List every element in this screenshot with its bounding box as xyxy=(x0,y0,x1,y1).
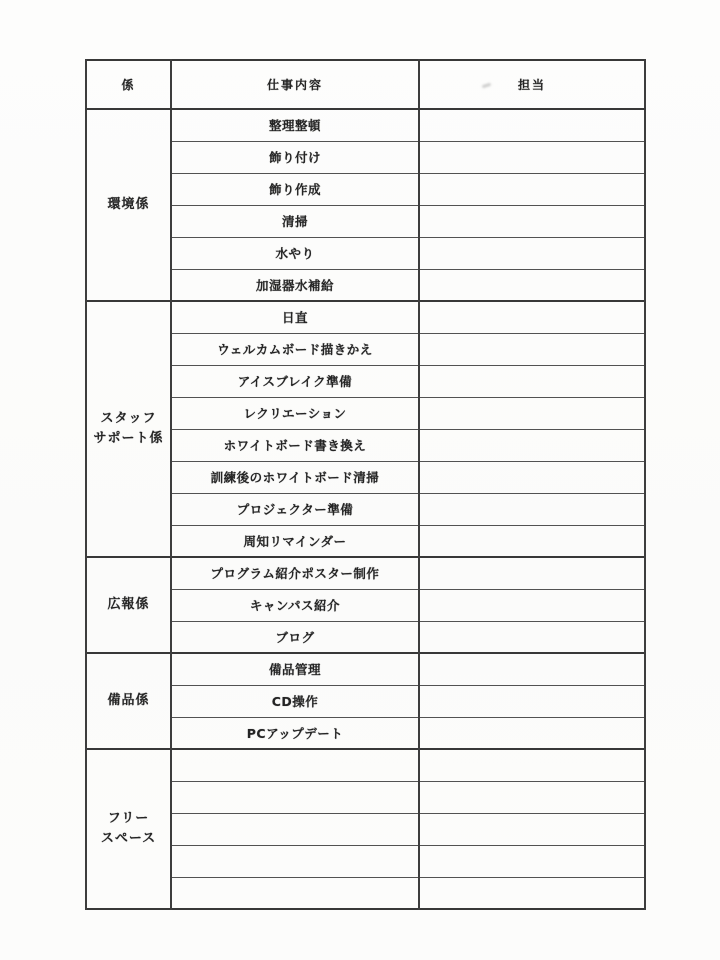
task-cell: プログラム紹介ポスター制作 xyxy=(171,557,419,589)
assignee-cell xyxy=(419,173,645,205)
section-cell: 備品係 xyxy=(86,653,171,749)
duty-table-body: 環境係整理整頓飾り付け飾り作成清掃水やり加湿器水補給スタッフ サポート係日直ウェ… xyxy=(86,109,645,909)
task-cell: アイスブレイク準備 xyxy=(171,365,419,397)
task-cell: 日直 xyxy=(171,301,419,333)
assignee-cell xyxy=(419,205,645,237)
section-cell: スタッフ サポート係 xyxy=(86,301,171,557)
task-cell xyxy=(171,845,419,877)
duty-table: 係 仕事内容 担当 環境係整理整頓飾り付け飾り作成清掃水やり加湿器水補給スタッフ… xyxy=(85,59,646,910)
table-row: 環境係整理整頓 xyxy=(86,109,645,141)
assignee-cell xyxy=(419,237,645,269)
task-cell: 加湿器水補給 xyxy=(171,269,419,301)
table-row: 広報係プログラム紹介ポスター制作 xyxy=(86,557,645,589)
table-row: 備品係備品管理 xyxy=(86,653,645,685)
task-cell: ブログ xyxy=(171,621,419,653)
table-row: フリー スペース xyxy=(86,749,645,781)
header-cell-assignee: 担当 xyxy=(419,60,645,109)
assignee-cell xyxy=(419,269,645,301)
assignee-cell xyxy=(419,557,645,589)
task-cell: 水やり xyxy=(171,237,419,269)
task-cell xyxy=(171,781,419,813)
task-cell: プロジェクター準備 xyxy=(171,493,419,525)
section-cell: 環境係 xyxy=(86,109,171,301)
task-cell: 備品管理 xyxy=(171,653,419,685)
assignee-cell xyxy=(419,141,645,173)
task-cell: ホワイトボード書き換え xyxy=(171,429,419,461)
task-cell: 飾り作成 xyxy=(171,173,419,205)
scanned-page: 係 仕事内容 担当 環境係整理整頓飾り付け飾り作成清掃水やり加湿器水補給スタッフ… xyxy=(0,0,720,960)
assignee-cell xyxy=(419,301,645,333)
assignee-cell xyxy=(419,589,645,621)
assignee-cell xyxy=(419,333,645,365)
assignee-cell xyxy=(419,781,645,813)
assignee-cell xyxy=(419,493,645,525)
assignee-cell xyxy=(419,685,645,717)
assignee-cell xyxy=(419,429,645,461)
assignee-cell xyxy=(419,749,645,781)
header-cell-section: 係 xyxy=(86,60,171,109)
task-cell: 飾り付け xyxy=(171,141,419,173)
task-cell xyxy=(171,877,419,909)
assignee-cell xyxy=(419,461,645,493)
task-cell: CD操作 xyxy=(171,685,419,717)
assignee-cell xyxy=(419,365,645,397)
task-cell: 訓練後のホワイトボード清掃 xyxy=(171,461,419,493)
header-row: 係 仕事内容 担当 xyxy=(86,60,645,109)
header-cell-task: 仕事内容 xyxy=(171,60,419,109)
task-cell: ウェルカムボード描きかえ xyxy=(171,333,419,365)
assignee-cell xyxy=(419,845,645,877)
task-cell: PCアップデート xyxy=(171,717,419,749)
assignee-cell xyxy=(419,877,645,909)
task-cell xyxy=(171,813,419,845)
assignee-cell xyxy=(419,525,645,557)
assignee-cell xyxy=(419,621,645,653)
section-cell: フリー スペース xyxy=(86,749,171,909)
assignee-cell xyxy=(419,397,645,429)
section-cell: 広報係 xyxy=(86,557,171,653)
task-cell: 整理整頓 xyxy=(171,109,419,141)
assignee-cell xyxy=(419,653,645,685)
assignee-cell xyxy=(419,717,645,749)
task-cell: 周知リマインダー xyxy=(171,525,419,557)
task-cell: 清掃 xyxy=(171,205,419,237)
table-row: スタッフ サポート係日直 xyxy=(86,301,645,333)
task-cell: キャンパス紹介 xyxy=(171,589,419,621)
assignee-cell xyxy=(419,109,645,141)
task-cell: レクリエーション xyxy=(171,397,419,429)
assignee-cell xyxy=(419,813,645,845)
task-cell xyxy=(171,749,419,781)
